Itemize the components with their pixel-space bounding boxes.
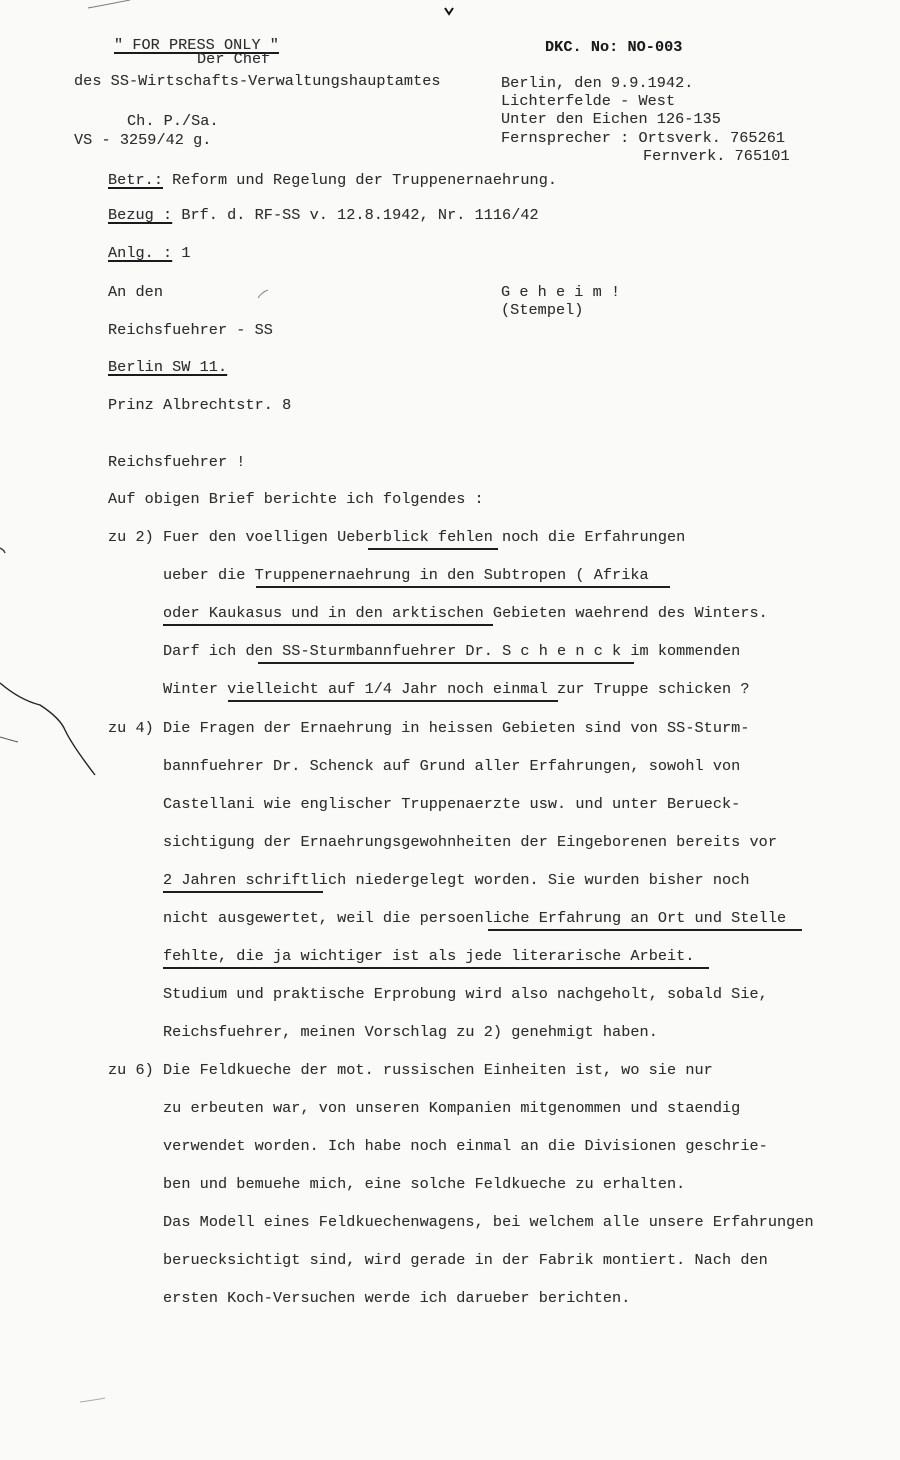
hand-underline [256,586,670,588]
salutation: Reichsfuehrer ! [108,453,245,471]
body-line: sichtigung der Ernaehrungsgewohnheiten d… [163,833,777,851]
document-page: " FOR PRESS ONLY " Der Chef des SS-Wirts… [0,0,900,1460]
bezug-text: Brf. d. RF-SS v. 12.8.1942, Nr. 1116/42 [172,206,539,224]
betr-text: Reform und Regelung der Truppenernaehrun… [163,171,557,189]
sender-office: des SS-Wirtschafts-Verwaltungshauptamtes [74,72,441,90]
attachment-line: Anlg. : 1 [108,244,190,262]
body-line: zu 2) Fuer den voelligen Ueberblick fehl… [108,528,685,546]
recipient-line-3: Berlin SW 11. [108,358,227,376]
hand-underline [228,700,558,702]
phone-label: Fernsprecher : [501,129,629,147]
document-number: DKC. No: NO-003 [545,38,682,56]
body-line: Reichsfuehrer, meinen Vorschlag zu 2) ge… [163,1023,658,1041]
address-street: Unter den Eichen 126-135 [501,110,721,128]
body-line: ersten Koch-Versuchen werde ich darueber… [163,1289,630,1307]
hand-underline [163,891,323,893]
body-line: Studium und praktische Erprobung wird al… [163,985,768,1003]
recipient-line-2: Reichsfuehrer - SS [108,321,273,339]
classification-stamp: G e h e i m ! [501,283,620,301]
body-line: zu 4) Die Fragen der Ernaehrung in heiss… [108,719,749,737]
body-line: ben und bemuehe mich, eine solche Feldku… [163,1175,685,1193]
date-line: Berlin, den 9.9.1942. [501,74,693,92]
body-line: nicht ausgewertet, weil die persoenliche… [163,909,786,927]
hand-underline [488,929,802,931]
hand-underline [163,624,493,626]
body-line: Das Modell eines Feldkuechenwagens, bei … [163,1213,814,1231]
subject-line: Betr.: Reform und Regelung der Truppener… [108,171,557,189]
anlg-label: Anlg. : [108,244,172,262]
hand-underline [163,967,709,969]
recipient-line-1: An den [108,283,163,301]
hand-underline [368,548,498,550]
betr-label: Betr.: [108,171,163,189]
body-line: Castellani wie englischer Truppenaerzte … [163,795,740,813]
body-line: fehlte, die ja wichtiger ist als jede li… [163,947,695,965]
classification-note: (Stempel) [501,301,583,319]
body-line: verwendet worden. Ich habe noch einmal a… [163,1137,768,1155]
body-line: zu erbeuten war, von unseren Kompanien m… [163,1099,740,1117]
phone-row: Fernsprecher : Ortsverk. 765261 [501,129,785,147]
body-line: bannfuehrer Dr. Schenck auf Grund aller … [163,757,740,775]
body-line: beruecksichtigt sind, wird gerade in der… [163,1251,768,1269]
body-line: zu 6) Die Feldkueche der mot. russischen… [108,1061,713,1079]
phone-long-distance: Fernverk. 765101 [643,147,790,165]
hand-underline [258,662,634,664]
address-district: Lichterfelde - West [501,92,675,110]
body-line: oder Kaukasus und in den arktischen Gebi… [163,604,768,622]
body-line: Darf ich den SS-Sturmbannfuehrer Dr. S c… [163,642,740,660]
bezug-label: Bezug : [108,206,172,224]
anlg-text: 1 [172,244,190,262]
body-line: ueber die Truppenernaehrung in den Subtr… [163,566,649,584]
intro-line: Auf obigen Brief berichte ich folgendes … [108,490,484,508]
reference-line: Bezug : Brf. d. RF-SS v. 12.8.1942, Nr. … [108,206,539,224]
recipient-line-4: Prinz Albrechtstr. 8 [108,396,291,414]
reference-initials: Ch. P./Sa. [127,112,219,130]
body-line: 2 Jahren schriftlich niedergelegt worden… [163,871,750,889]
reference-number: VS - 3259/42 g. [74,131,211,149]
phone-local: Ortsverk. 765261 [638,129,785,147]
body-line: Winter vielleicht auf 1/4 Jahr noch einm… [163,680,750,698]
sender-title: Der Chef [197,50,270,68]
